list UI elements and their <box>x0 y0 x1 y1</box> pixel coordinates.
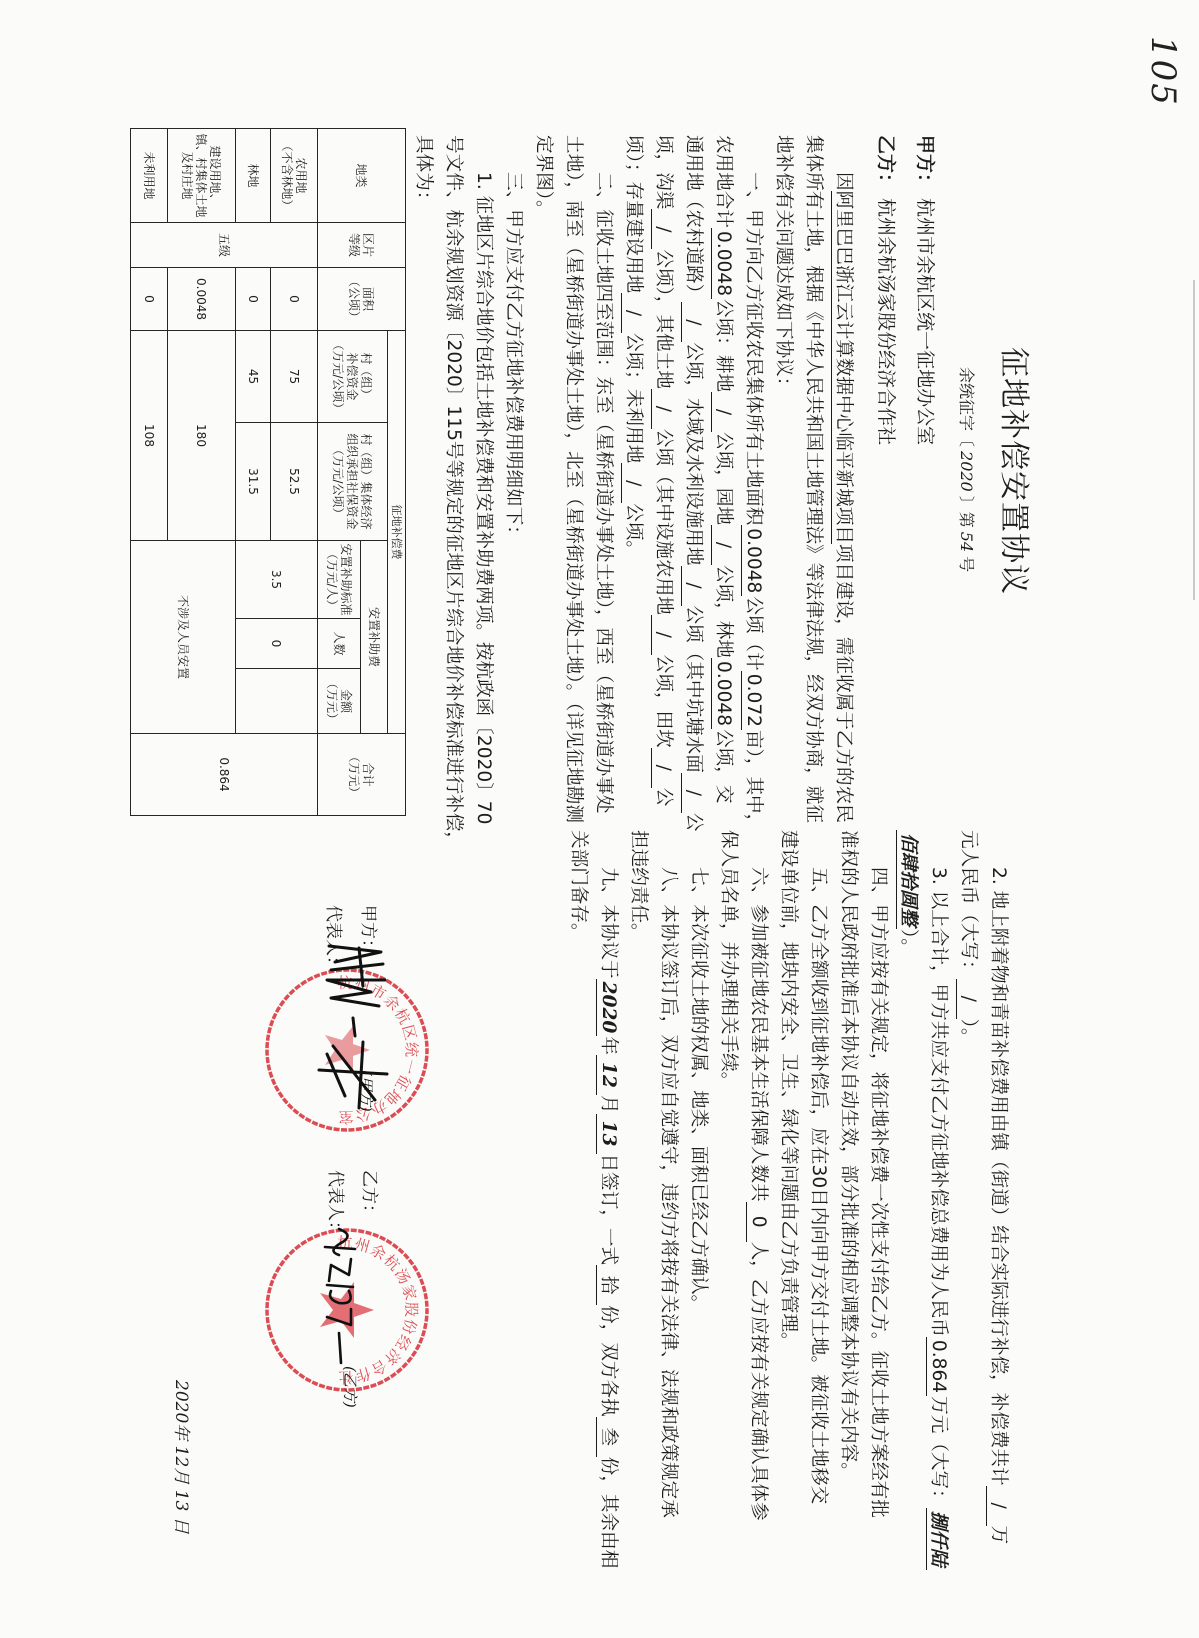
party-b-label: 乙方： <box>875 135 897 192</box>
cell-land-type: 农用地 （不含林地） <box>271 129 318 223</box>
header-compensation-group: 征地补偿费 <box>388 331 406 734</box>
fill-in-value: 0.0048 <box>711 228 734 299</box>
text-run: 关部门备存。 <box>568 830 589 942</box>
doc-number-suffix: 号 <box>957 556 976 572</box>
right-text-line: 四、甲方应按有关规定，将征地补偿费一次性支付给乙方。征收土地方案经有批 <box>863 867 893 1518</box>
right-text-line: 担违约责任。 <box>623 830 653 942</box>
cell-combined-compensation: 108 <box>131 331 168 541</box>
fill-in-value: / <box>986 1486 1009 1526</box>
text-run: 月 <box>598 1095 619 1114</box>
right-text-line: 准权的人民政府批准后本协议自动生效，部分批准的相应调整本协议有关内容。 <box>833 830 863 1481</box>
text-run: 担违约责任。 <box>628 830 649 942</box>
text-run: 二、征收土地四至范围：东至（星桥街道办事处土地），西至（星桥街道办事处 <box>593 172 614 813</box>
doc-number-no: 54 <box>957 528 976 556</box>
text-run: 年 <box>598 1036 619 1055</box>
cell-area: 0 <box>131 268 168 331</box>
text-run: 五、乙方全额收到征地补偿后，应在30日内向甲方交付土地。被征收土地移交 <box>808 867 829 1504</box>
text-run: 公顷。 <box>623 503 644 559</box>
cell-combined-compensation: 180 <box>168 331 236 541</box>
text-run: 日签订，一式 <box>598 1154 619 1266</box>
header-collective-social-security: 村（组）集体经济 组织承担社保资金 （万元/公顷） <box>318 423 388 541</box>
left-text-line: 定界图）。 <box>528 135 558 219</box>
scan-edge-mark <box>1193 280 1195 600</box>
party-b-name: 杭州余杭汤家股份经济合作社 <box>875 198 897 445</box>
text-run: 亩），其中， <box>743 730 764 832</box>
cell-amount <box>236 669 318 734</box>
text-run: 公顷，交 <box>713 729 734 803</box>
text-run: 顷，沟渠 <box>653 135 674 209</box>
cell-area: 0.0048 <box>168 268 236 331</box>
header-area: 面积 （公顷） <box>318 268 406 331</box>
underlined-text: 阿里巴巴浙江云计算数据中心临平新城项目 <box>831 191 854 544</box>
right-text-line: 五、乙方全额收到征地补偿后，应在30日内向甲方交付土地。被征收土地移交 <box>803 867 833 1504</box>
text-run: 定界图）。 <box>533 135 554 219</box>
text-run: 三、甲方应支付乙方征地补偿费用明细如下： <box>503 172 524 544</box>
doc-number-prefix: 余统征字〔 <box>957 367 976 447</box>
signing-date: 2020年 12月 13 日 <box>171 1380 196 1534</box>
header-amount: 金额 （万元） <box>318 669 361 734</box>
left-text-line: 集体所有土地，根据《中华人民共和国土地管理法》等法律法规，经双方协商，就征 <box>798 135 828 823</box>
right-text-line: 六、参加被征地农民基本生活保障人数共0人，乙方应按有关规定确认具体参 <box>743 867 773 1521</box>
text-run: 公顷（其中设施农用地 <box>653 429 674 615</box>
text-run: 顷）；存量建设用地 <box>623 135 644 293</box>
fill-in-value: 0.072 <box>741 671 764 730</box>
cell-land-type: 建设用地、 镇、村集体土地 及村庄地 <box>168 129 236 223</box>
text-run: 公顷，水域及水利设施用地 <box>683 342 704 565</box>
table-row: 农用地 （不含林地） 五级 0 75 52.5 3.5 0 0.864 <box>271 129 318 816</box>
text-run: 准权的人民政府批准后本协议自动生效，部分批准的相应调整本协议有关内容。 <box>838 830 859 1481</box>
header-village-compensation: 村（组） 补偿资金 （万元/公顷） <box>318 331 388 423</box>
party-a-label: 甲方： <box>914 135 936 192</box>
doc-number-year: 2020 <box>957 447 976 496</box>
party-b-handwritten-signature <box>321 1225 361 1370</box>
sign-date-day: 13 <box>171 1490 191 1512</box>
text-run: 土地），南至（星桥街道办事处土地），北至（星桥街道办事处土地）。（详见征地勘测 <box>563 135 584 823</box>
fill-in-value: / <box>621 293 644 333</box>
text-run: 人，乙方应按有关规定确认具体参 <box>748 1242 769 1521</box>
text-run: 万 <box>988 1526 1009 1545</box>
fill-in-value: / <box>711 525 734 565</box>
party-a-handwritten-signature <box>313 940 393 1120</box>
party-a-name: 杭州市余杭区统一征地办公室 <box>914 198 936 445</box>
fill-in-value: 0 <box>746 1202 769 1242</box>
sign-date-year: 2020 <box>171 1380 191 1423</box>
sign-date-day-unit: 日 <box>171 1517 191 1534</box>
left-text-line: 农用地合计0.0048公顷：耕地/公顷，园地/公顷，林地0.0048公顷，交 <box>708 135 738 803</box>
text-run: 七、本次征收土地的权属、地类、面积已经乙方确认。 <box>688 867 709 1313</box>
cell-total: 0.864 <box>131 734 318 816</box>
document-number: 余统征字〔2020〕第54号 <box>956 367 979 572</box>
doc-number-middle: 〕第 <box>957 496 976 528</box>
header-persons: 人数 <box>318 619 361 669</box>
text-run: 份，双方各执 <box>598 1305 619 1417</box>
text-run: 建设单位前，地块内安全、卫生、绿化等问题由乙方负责管理。 <box>778 830 799 1351</box>
left-text-line: 因阿里巴巴浙江云计算数据中心临平新城项目项目建设，需征收属于乙方的农民 <box>828 172 858 823</box>
text-run: 公顷，田坎 <box>653 655 674 748</box>
text-run: 公顷，园地 <box>713 432 734 525</box>
fill-in-value: 2020 <box>596 979 619 1037</box>
fill-in-value: 12 <box>596 1055 619 1095</box>
text-run: 项目建设，需征收属于乙方的农民 <box>833 544 854 823</box>
left-text-line: 土地），南至（星桥街道办事处土地），北至（星桥街道办事处土地）。（详见征地勘测 <box>558 135 588 823</box>
text-run: 份，其余由相 <box>598 1457 619 1569</box>
text-run: 集体所有土地，根据《中华人民共和国土地管理法》等法律法规，经双方协商，就征 <box>803 135 824 823</box>
left-text-line: 顷，沟渠/公顷），其他土地/公顷（其中设施农用地/公顷，田坎/公 <box>648 135 678 806</box>
right-text-line: 3. 以上合计，甲方共应支付乙方征地补偿总费用为人民币0.864万元（大写：捌仟… <box>923 867 953 1570</box>
cell-land-type: 林地 <box>236 129 271 223</box>
left-text-line: 通用地（农村道路）/公顷，水域及水利设施用地/公顷（其中坑塘水面/公 <box>678 135 708 831</box>
text-run: 农用地合计 <box>713 135 734 228</box>
left-text-line: 1. 征地区片综合地价包括土地补偿费和安置补助费两项。按杭政函〔2020〕70 <box>468 172 498 824</box>
cell-no-resettlement-note: 不涉及人员安置 <box>131 541 236 734</box>
right-text-line: 关部门备存。 <box>563 830 593 942</box>
sign-date-year-unit: 年 <box>171 1423 191 1440</box>
fill-in-value: / <box>681 302 704 342</box>
party-b-hand-note: (乙方) <box>340 1366 361 1408</box>
sign-date-month-unit: 月 <box>171 1467 191 1484</box>
fill-in-value: / <box>651 389 674 429</box>
fill-in-value: / <box>956 979 979 1019</box>
text-run: ）。 <box>898 929 919 957</box>
left-text-line: 二、征收土地四至范围：东至（星桥街道办事处土地），西至（星桥街道办事处 <box>588 172 618 813</box>
right-text-line: 佰肆拾圆整）。 <box>893 830 923 957</box>
left-text-line: 一、甲方向乙方征收农民集体所有土地面积0.0048公顷（计0.072亩），其中， <box>738 172 768 832</box>
text-run: 九、本协议于 <box>598 867 619 979</box>
cell-area: 0 <box>236 268 271 331</box>
fill-in-value: / <box>651 209 674 249</box>
header-total: 合计 （万元） <box>318 734 406 816</box>
fill-in-value: 拾 <box>596 1265 619 1305</box>
right-text-line: 保人员名单，并办理相关手续。 <box>713 830 743 1090</box>
fill-in-value: / <box>621 463 644 503</box>
cell-resettlement-standard: 3.5 <box>236 541 318 619</box>
text-run: 号文件、杭余规划资源〔2020〕115号等规定的征地区片综合地价补偿标准进行补偿… <box>443 135 464 850</box>
text-run: ）。 <box>958 1019 979 1047</box>
document-title: 征地补偿安置协议 <box>995 340 1039 602</box>
right-text-line: 建设单位前，地块内安全、卫生、绿化等问题由乙方负责管理。 <box>773 830 803 1351</box>
fill-in-value: 佰肆拾圆整 <box>896 830 919 929</box>
text-run: 具体为： <box>413 135 434 209</box>
text-run: 元人民币（大写： <box>958 830 979 979</box>
scanned-agreement-page: 105 征地补偿安置协议 余统征字〔2020〕第54号 甲方： 杭州市余杭区统一… <box>0 0 1199 1638</box>
cell-village-compensation: 75 <box>271 331 318 423</box>
text-run: 公顷：耕地 <box>713 299 734 392</box>
cell-collective-social-security: 52.5 <box>271 423 318 541</box>
right-text-line: 九、本协议于2020年12月13日签订，一式拾份，双方各执叁份，其余由相 <box>593 867 623 1568</box>
left-text-line: 顷）；存量建设用地/公顷；未利用地/公顷。 <box>618 135 648 559</box>
text-run: 公顷，林地 <box>713 565 734 658</box>
compensation-table: 地类 区片 等级 面积 （公顷） 征地补偿费 合计 （万元） 村（组） 补偿资金… <box>130 128 406 816</box>
fill-in-value: / <box>651 615 674 655</box>
fill-in-value: 捌仟陆 <box>926 1508 949 1570</box>
handwritten-page-number: 105 <box>1143 36 1183 107</box>
text-run: 万元（大写： <box>928 1396 949 1508</box>
left-text-line: 地补偿有关问题达成如下协议： <box>768 135 798 395</box>
cell-village-compensation: 45 <box>236 331 271 423</box>
header-land-type: 地类 <box>318 129 406 223</box>
text-run: 保人员名单，并办理相关手续。 <box>718 830 739 1090</box>
fill-in-value: 0.864 <box>926 1337 949 1396</box>
text-run: 公顷），其他土地 <box>653 249 674 388</box>
text-run: 地补偿有关问题达成如下协议： <box>773 135 794 395</box>
party-b-line: 乙方： 杭州余杭汤家股份经济合作社 <box>874 135 901 445</box>
cell-persons: 0 <box>236 619 318 669</box>
text-run: 3. 以上合计，甲方共应支付乙方征地补偿总费用为人民币 <box>928 867 949 1337</box>
left-text-line: 号文件、杭余规划资源〔2020〕115号等规定的征地区片综合地价补偿标准进行补偿… <box>438 135 468 850</box>
text-run: 公顷（其中坑塘水面 <box>683 606 704 773</box>
left-text-line: 三、甲方应支付乙方征地补偿费用明细如下： <box>498 172 528 544</box>
cell-collective-social-security: 31.5 <box>236 423 271 541</box>
fill-in-value: 0.0048 <box>741 525 764 596</box>
text-run: 公顷；未利用地 <box>623 333 644 463</box>
right-text-line: 八、本协议签订后，双方应自觉遵守，违约方将按有关法律、法规和政策规定承 <box>653 867 683 1518</box>
text-run: 公 <box>683 813 704 832</box>
text-run: 因 <box>833 172 854 191</box>
fill-in-value: 13 <box>596 1114 619 1154</box>
header-zone-grade: 区片 等级 <box>318 223 406 268</box>
fill-in-value: / <box>681 773 704 813</box>
right-text-line: 七、本次征收土地的权属、地类、面积已经乙方确认。 <box>683 867 713 1313</box>
signature-party-b-label: 乙方： <box>359 1170 384 1221</box>
fill-in-value: / <box>681 566 704 606</box>
sign-date-month: 12 <box>171 1446 191 1468</box>
text-run: 通用地（农村道路） <box>683 135 704 302</box>
right-text-line: 元人民币（大写：/）。 <box>953 830 983 1047</box>
header-resettlement-subsidy: 安置补助费 <box>361 541 388 734</box>
left-text-line: 具体为： <box>408 135 438 209</box>
fill-in-value: / <box>711 392 734 432</box>
fill-in-value: 叁 <box>596 1417 619 1457</box>
text-run: 公顷（计 <box>743 596 764 670</box>
cell-area: 0 <box>271 268 318 331</box>
header-resettlement-standard: 安置补助标准 （万元/人） <box>318 541 361 619</box>
cell-land-type: 未利用地 <box>131 129 168 223</box>
party-a-hand-note: (甲方) <box>356 1070 377 1112</box>
text-run: 一、甲方向乙方征收农民集体所有土地面积 <box>743 172 764 525</box>
text-run: 公 <box>653 788 674 807</box>
cell-zone-grade: 五级 <box>131 223 318 268</box>
right-text-line: 2. 地上附着物和青苗补偿费用由镇（街道）结合实际进行补偿，补偿费共计/万 <box>983 867 1013 1544</box>
text-run: 四、甲方应按有关规定，将征地补偿费一次性支付给乙方。征收土地方案经有批 <box>868 867 889 1518</box>
text-run: 六、参加被征地农民基本生活保障人数共 <box>748 867 769 1202</box>
party-a-line: 甲方： 杭州市余杭区统一征地办公室 <box>913 135 940 445</box>
text-run: 八、本协议签订后，双方应自觉遵守，违约方将按有关法律、法规和政策规定承 <box>658 867 679 1518</box>
text-run: 2. 地上附着物和青苗补偿费用由镇（街道）结合实际进行补偿，补偿费共计 <box>988 867 1009 1486</box>
fill-in-value: / <box>651 748 674 788</box>
fill-in-value: 0.0048 <box>711 658 734 729</box>
text-run: 1. 征地区片综合地价包括土地补偿费和安置补助费两项。按杭政函〔2020〕70 <box>473 172 494 824</box>
